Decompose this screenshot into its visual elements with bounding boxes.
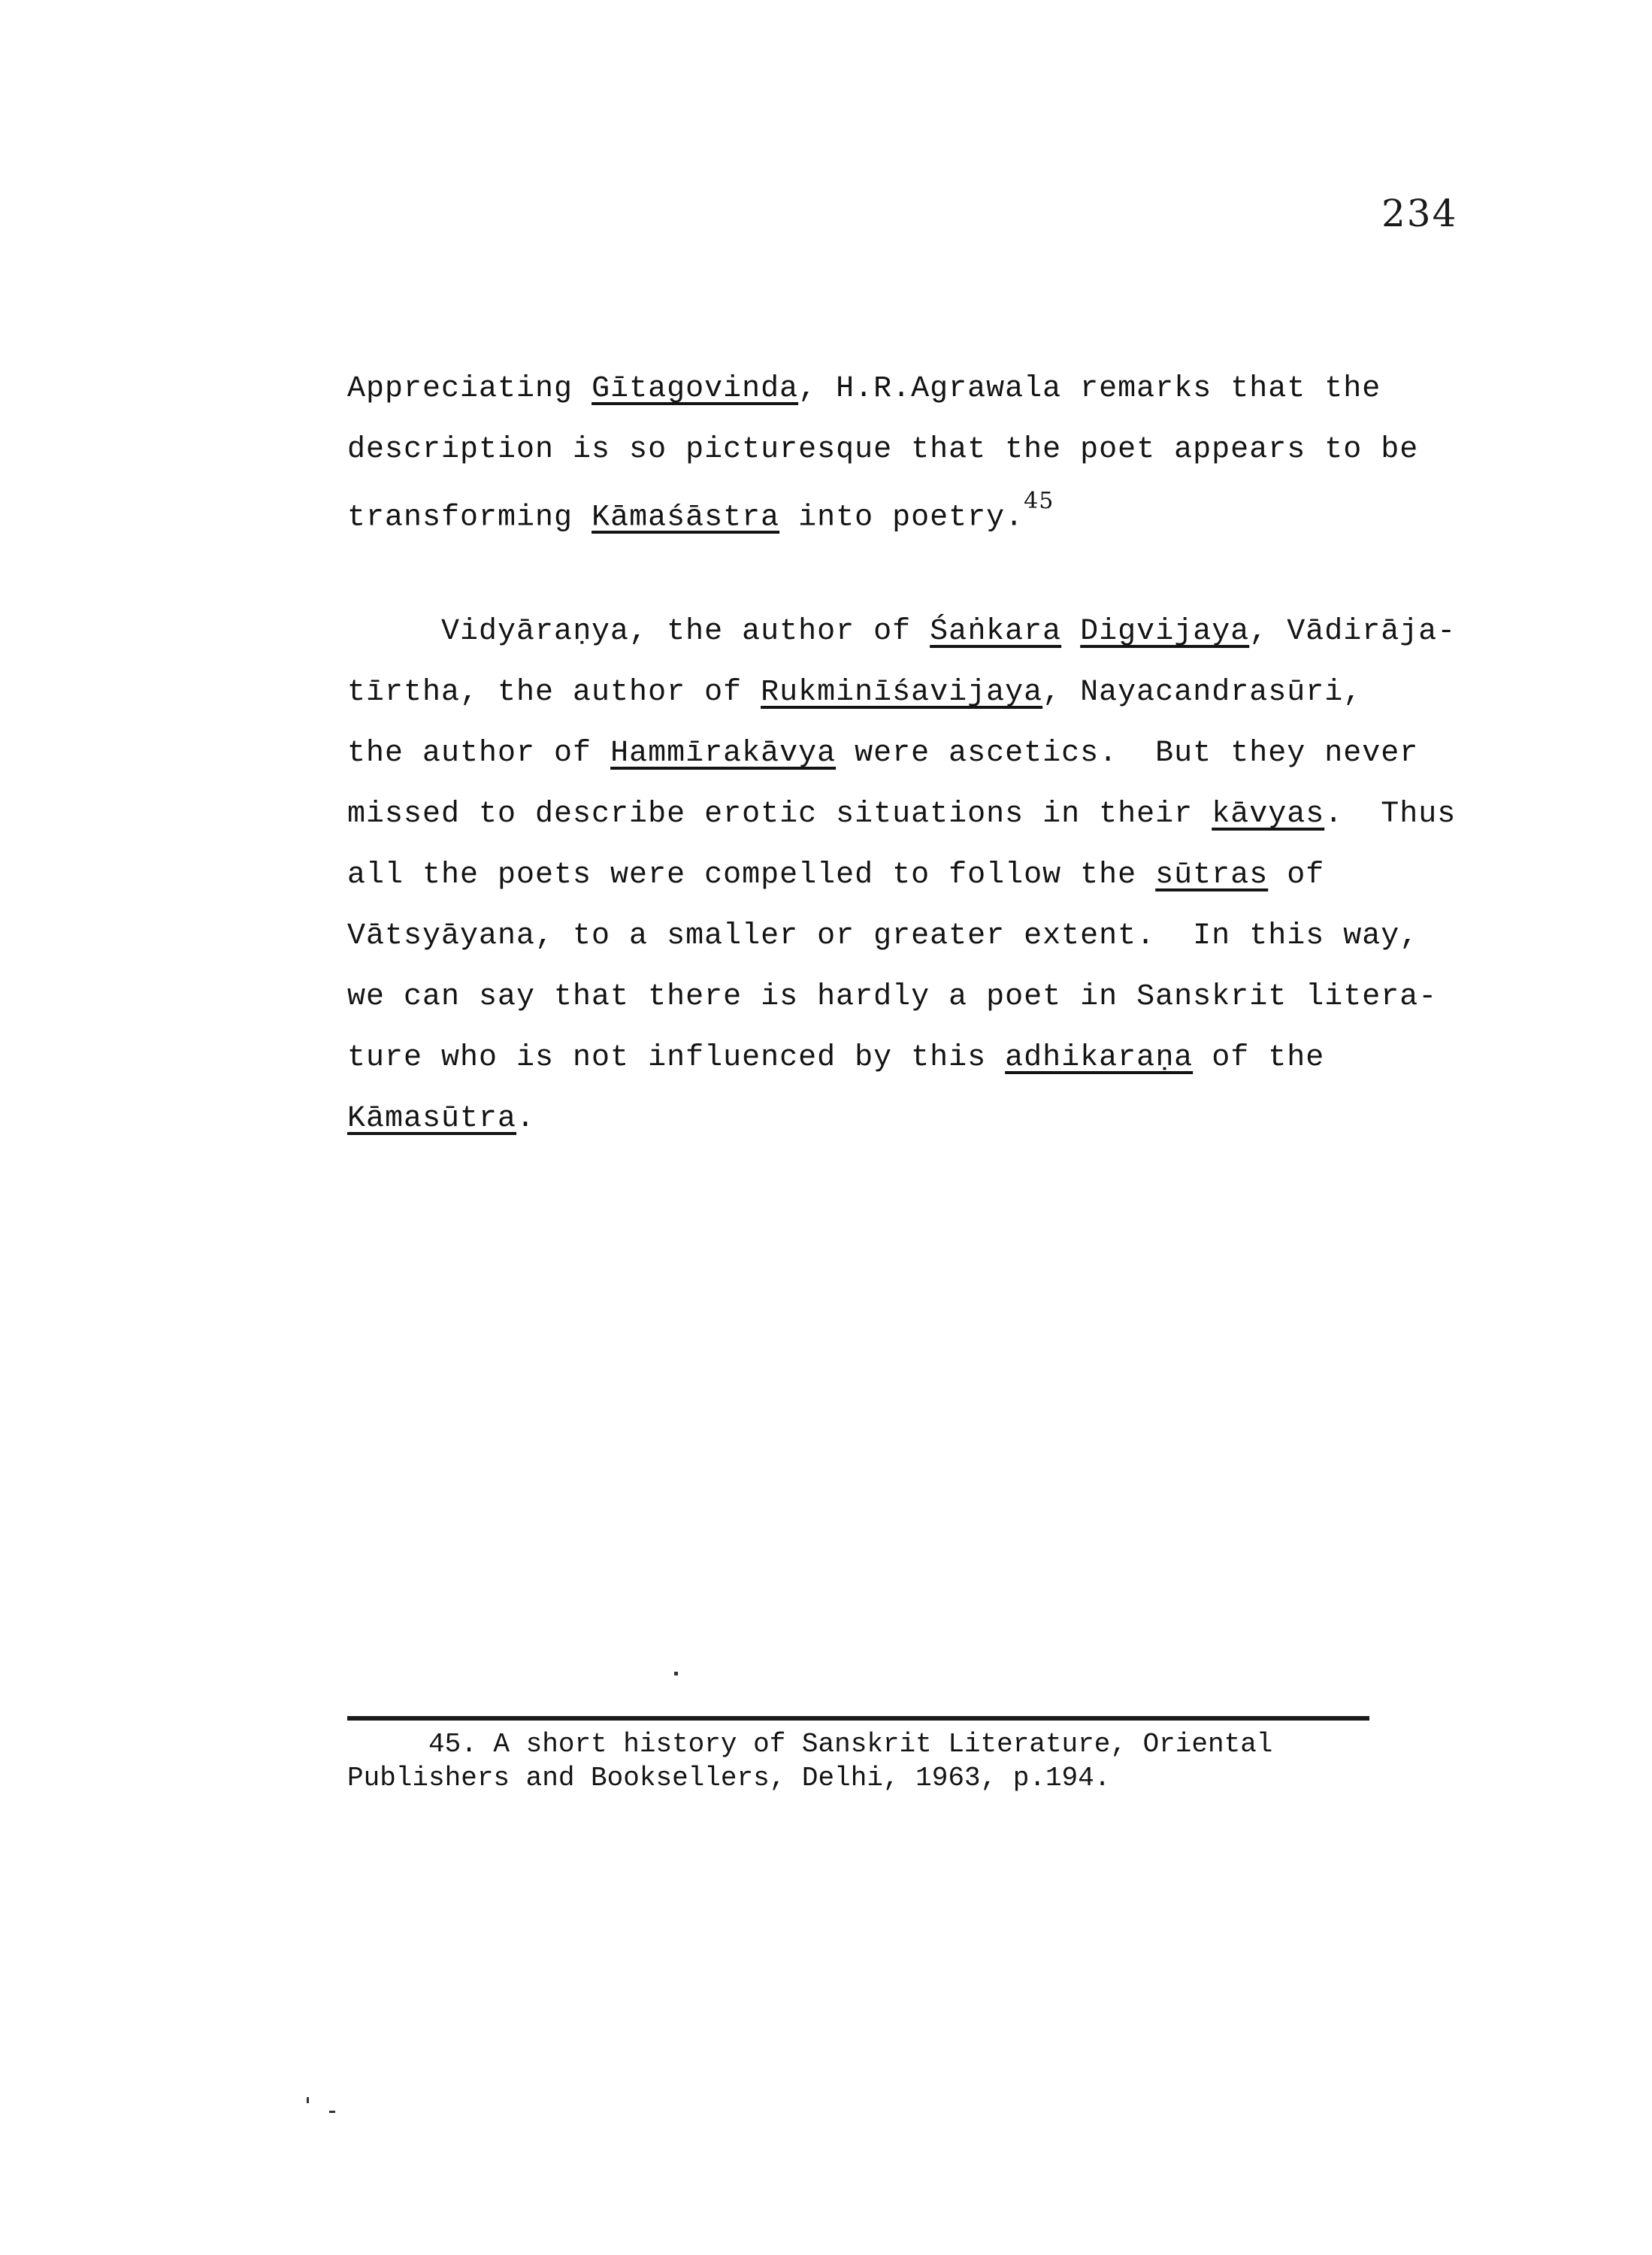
text-run: .: [516, 1102, 535, 1136]
text-run: transforming: [347, 501, 592, 534]
text-run: Vidyāraṇya, the author of: [347, 615, 930, 649]
text-line: we can say that there is hardly a poet i…: [347, 980, 1437, 1014]
text-line: missed to describe erotic situations in …: [347, 798, 1456, 831]
text-run: Appreciating: [347, 372, 592, 406]
text-line: ture who is not influenced by this adhik…: [347, 1041, 1324, 1075]
footnote-separator: [347, 1716, 1369, 1721]
text-run: of: [1268, 858, 1324, 892]
text-line: all the poets were compelled to follow t…: [347, 858, 1324, 892]
page-number: 234: [1381, 192, 1457, 235]
text-line: the author of Hammīrakāvya were ascetics…: [347, 737, 1418, 770]
scan-speck: [674, 1672, 678, 1675]
text-line: Vidyāraṇya, the author of Śaṅkara Digvij…: [347, 615, 1456, 649]
underlined-term: Kāmaśāstra: [592, 501, 779, 534]
underlined-term: sūtras: [1155, 858, 1268, 892]
text-line: Kāmasūtra.: [347, 1102, 535, 1136]
text-line: transforming Kāmaśāstra into poetry.45: [347, 494, 1054, 534]
scan-speck: [329, 2111, 335, 2113]
text-run: , Vādirāja-: [1249, 615, 1456, 649]
text-line: tīrtha, the author of Rukminīśavijaya, N…: [347, 676, 1362, 710]
footnote-reference: 45: [1024, 488, 1054, 514]
text-line: Appreciating Gītagovinda, H.R.Agrawala r…: [347, 372, 1381, 406]
underlined-term: Gītagovinda: [592, 372, 798, 406]
text-run: into poetry.: [779, 501, 1024, 534]
scan-speck: [307, 2097, 309, 2103]
underlined-term: Kāmasūtra: [347, 1102, 516, 1136]
text-run: , Nayacandrasūri,: [1042, 676, 1362, 710]
underlined-term: Śaṅkara: [930, 615, 1061, 649]
text-run: were ascetics. But they never: [836, 737, 1418, 770]
text-run: of the: [1193, 1041, 1324, 1075]
underlined-term: adhikaraṇa: [1005, 1041, 1193, 1075]
text-run: the author of: [347, 737, 610, 770]
underlined-term: Rukminīśavijaya: [761, 676, 1042, 710]
text-line: Vātsyāyana, to a smaller or greater exte…: [347, 919, 1418, 953]
text-run: we can say that there is hardly a poet i…: [347, 980, 1437, 1014]
document-page: 234 Appreciating Gītagovinda, H.R.Agrawa…: [0, 0, 1652, 2255]
underlined-term: Digvijaya: [1080, 615, 1249, 649]
underlined-term: Hammīrakāvya: [610, 737, 836, 770]
footnote-line: Publishers and Booksellers, Delhi, 1963,…: [347, 1763, 1110, 1793]
underlined-term: kāvyas: [1212, 798, 1324, 831]
text-run: all the poets were compelled to follow t…: [347, 858, 1155, 892]
text-run: , H.R.Agrawala remarks that the: [798, 372, 1381, 406]
text-run: description is so picturesque that the p…: [347, 433, 1418, 467]
text-run: tīrtha, the author of: [347, 676, 761, 710]
text-run: missed to describe erotic situations in …: [347, 798, 1212, 831]
text-run: [1061, 615, 1080, 649]
text-run: ture who is not influenced by this: [347, 1041, 1005, 1075]
text-line: description is so picturesque that the p…: [347, 433, 1418, 467]
text-run: . Thus: [1324, 798, 1456, 831]
text-run: Vātsyāyana, to a smaller or greater exte…: [347, 919, 1418, 953]
footnote-line: 45. A short history of Sanskrit Literatu…: [347, 1729, 1272, 1760]
